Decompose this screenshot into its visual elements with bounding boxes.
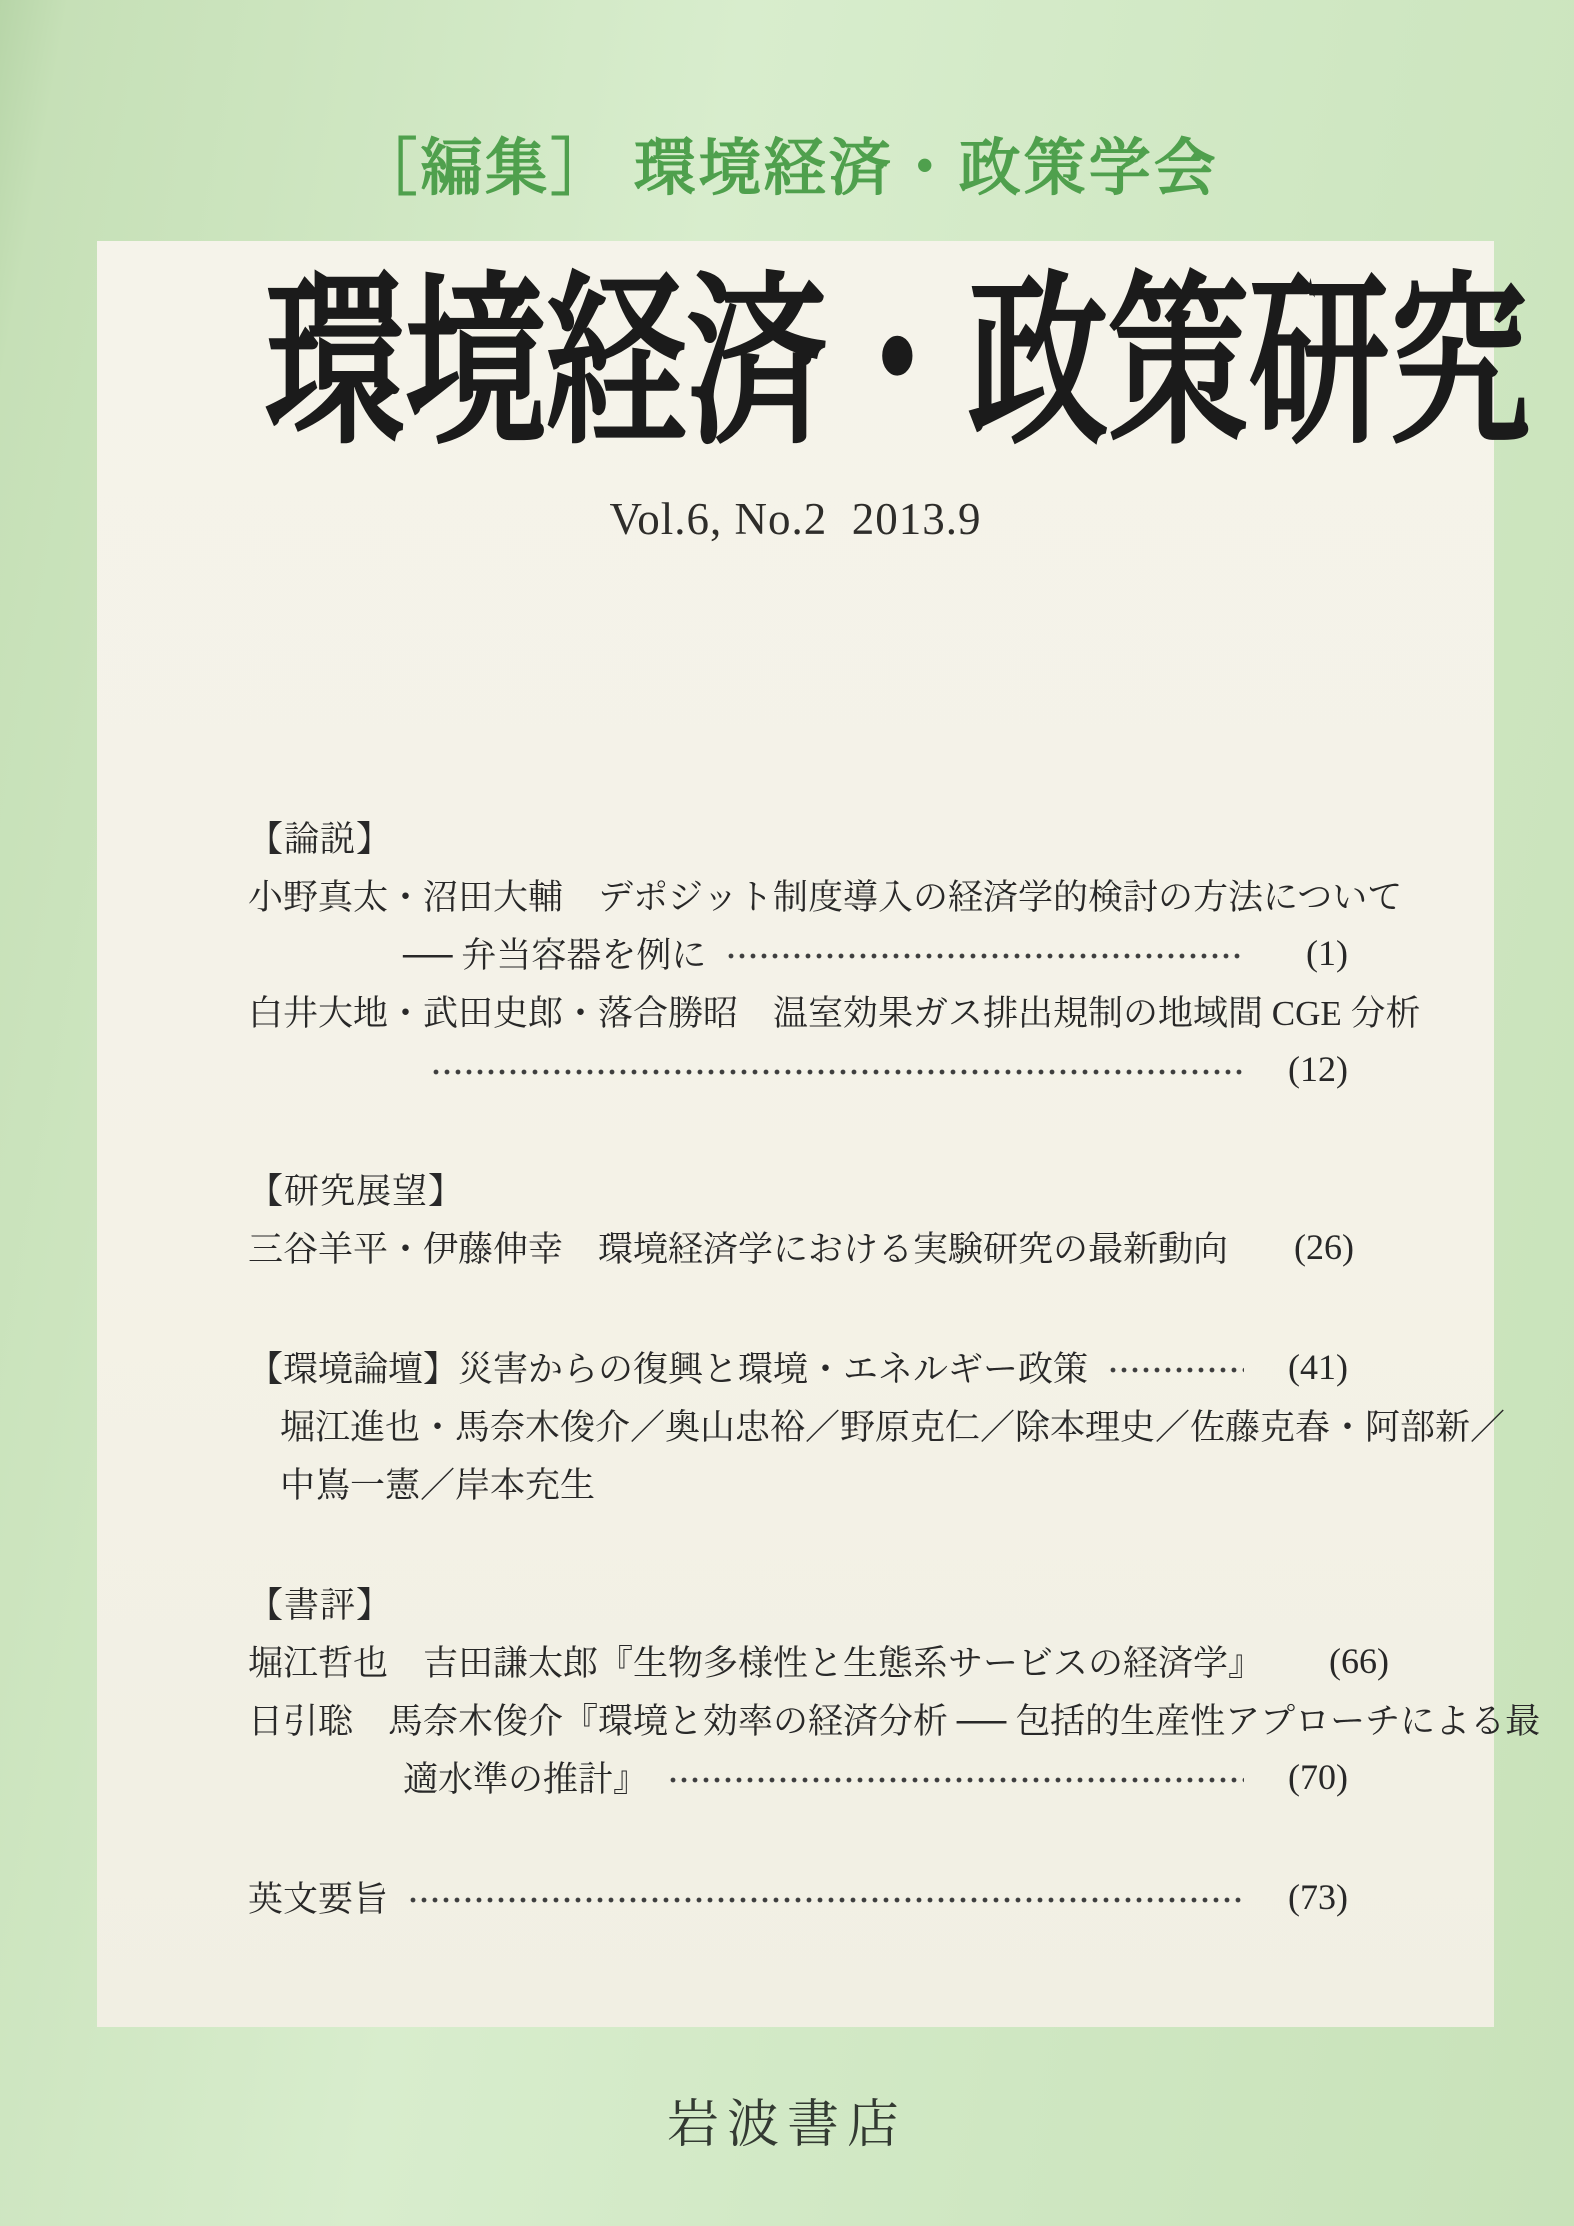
toc-entry: 堀江進也・馬奈木俊介／奥山忠裕／野原克仁／除本理史／佐藤克春・阿部新／ (248, 1396, 1348, 1454)
toc-text: 白井大地・武田史郎・落合勝昭 温室効果ガス排出規制の地域間 CGE 分析 (248, 986, 1421, 1036)
toc-entry: 小野真太・沼田大輔 デポジット制度導入の経済学的検討の方法について (248, 866, 1348, 924)
toc-entry: 英文要旨(73) (248, 1868, 1348, 1926)
toc-page-number: (41) (1260, 1346, 1348, 1388)
toc-section-heading: 【論説】 (248, 808, 1348, 866)
toc-text: 日引聡 馬奈木俊介『環境と効率の経済分析 ── 包括的生産性アプローチによる最 (248, 1694, 1540, 1744)
toc-text: 【書評】 (248, 1578, 392, 1628)
table-of-contents: 【論説】小野真太・沼田大輔 デポジット制度導入の経済学的検討の方法について── … (248, 808, 1348, 1926)
toc-dot-leader (728, 953, 1244, 959)
toc-text: 【論説】 (248, 812, 392, 862)
toc-dot-leader (410, 1897, 1244, 1903)
toc-text: 適水準の推計』 (403, 1752, 648, 1802)
toc-entry: 白井大地・武田史郎・落合勝昭 温室効果ガス排出規制の地域間 CGE 分析 (248, 982, 1348, 1040)
toc-text: 堀江進也・馬奈木俊介／奥山忠裕／野原克仁／除本理史／佐藤克春・阿部新／ (280, 1400, 1505, 1450)
toc-text: 小野真太・沼田大輔 デポジット制度導入の経済学的検討の方法について (248, 870, 1402, 920)
toc-entry: 【環境論壇】災害からの復興と環境・エネルギー政策(41) (248, 1338, 1348, 1396)
cover-background: { "cover": { "editor_credit": "［編集］ 環境経済… (0, 0, 1574, 2226)
toc-page-number: (73) (1260, 1876, 1348, 1918)
toc-section-heading: 【書評】 (248, 1574, 1348, 1632)
issue-info: Vol.6, No.2 2013.9 (97, 493, 1494, 545)
toc-page-number: (26) (1266, 1226, 1354, 1268)
cover-panel: 環境経済・政策研究 Vol.6, No.2 2013.9 【論説】小野真太・沼田… (97, 241, 1494, 2027)
publisher-name: 岩波書店 (0, 2082, 1574, 2157)
journal-title: 環境経済・政策研究 (265, 267, 1327, 463)
toc-page-number: (12) (1260, 1048, 1348, 1090)
toc-page-number: (1) (1260, 932, 1348, 974)
editor-credit: ［編集］ 環境経済・政策学会 (0, 118, 1574, 207)
toc-text: ── 弁当容器を例に (403, 928, 706, 978)
toc-entry: 三谷羊平・伊藤伸幸 環境経済学における実験研究の最新動向(26) (248, 1218, 1348, 1276)
toc-entry: ── 弁当容器を例に(1) (248, 924, 1348, 982)
toc-text: 【研究展望】 (248, 1164, 464, 1214)
toc-entry: 日引聡 馬奈木俊介『環境と効率の経済分析 ── 包括的生産性アプローチによる最 (248, 1690, 1348, 1748)
toc-section-heading: 【研究展望】 (248, 1160, 1348, 1218)
toc-entry: (12) (248, 1040, 1348, 1098)
toc-dot-leader (433, 1069, 1244, 1075)
toc-text: 堀江哲也 吉田謙太郎『生物多様性と生態系サービスの経済学』 (248, 1636, 1263, 1686)
toc-entry: 堀江哲也 吉田謙太郎『生物多様性と生態系サービスの経済学』(66) (248, 1632, 1348, 1690)
toc-page-number: (66) (1301, 1640, 1389, 1682)
toc-text: 【環境論壇】災害からの復興と環境・エネルギー政策 (248, 1342, 1088, 1392)
toc-text: 英文要旨 (248, 1872, 388, 1922)
toc-text: 三谷羊平・伊藤伸幸 環境経済学における実験研究の最新動向 (248, 1222, 1228, 1272)
toc-entry: 中嶌一憲／岸本充生 (248, 1454, 1348, 1512)
toc-text: 中嶌一憲／岸本充生 (280, 1458, 595, 1508)
toc-page-number: (70) (1260, 1756, 1348, 1798)
toc-dot-leader (670, 1777, 1244, 1783)
toc-entry: 適水準の推計』(70) (248, 1748, 1348, 1806)
toc-dot-leader (1110, 1367, 1244, 1373)
